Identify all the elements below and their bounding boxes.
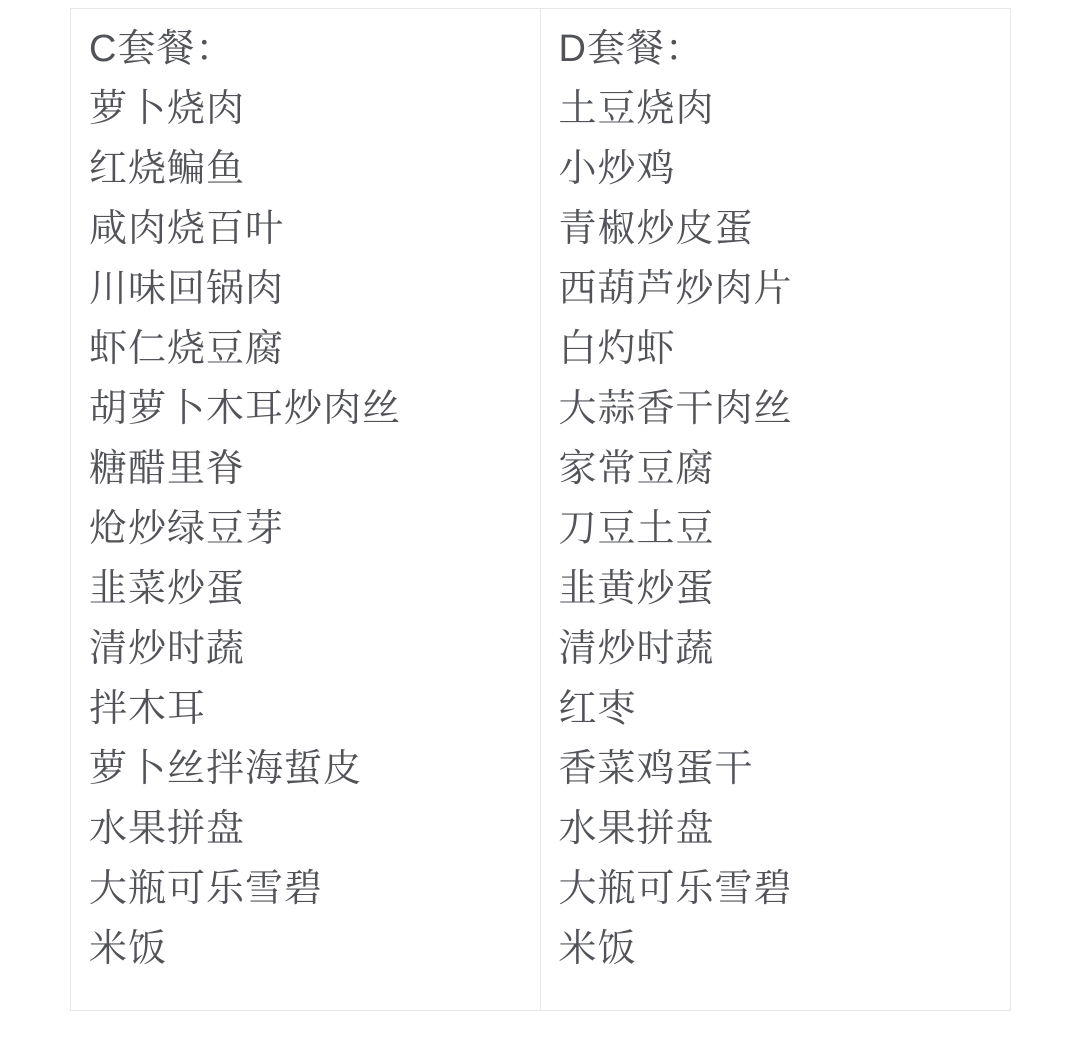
- menu-item: 川味回锅肉: [89, 259, 530, 319]
- menu-title-c: C套餐：: [89, 19, 530, 79]
- menu-item: 咸肉烧百叶: [89, 199, 530, 259]
- menu-item: 糖醋里脊: [89, 439, 530, 499]
- menu-item: 大瓶可乐雪碧: [559, 859, 1001, 919]
- menu-item: 大瓶可乐雪碧: [89, 859, 530, 919]
- menu-item: 水果拼盘: [89, 799, 530, 859]
- menu-item: 大蒜香干肉丝: [559, 379, 1001, 439]
- menu-item: 红枣: [559, 679, 1001, 739]
- menu-item: 韭菜炒蛋: [89, 559, 530, 619]
- menu-item: 萝卜丝拌海蜇皮: [89, 739, 530, 799]
- menu-item: 米饭: [89, 919, 530, 979]
- menu-item: 香菜鸡蛋干: [559, 739, 1001, 799]
- menu-item: 西葫芦炒肉片: [559, 259, 1001, 319]
- menu-item: 炝炒绿豆芽: [89, 499, 530, 559]
- menu-item: 清炒时蔬: [559, 619, 1001, 679]
- menu-column-d: D套餐： 土豆烧肉 小炒鸡 青椒炒皮蛋 西葫芦炒肉片 白灼虾 大蒜香干肉丝 家常…: [541, 9, 1011, 1010]
- menu-item: 韭黄炒蛋: [559, 559, 1001, 619]
- menu-card: C套餐： 萝卜烧肉 红烧鳊鱼 咸肉烧百叶 川味回锅肉 虾仁烧豆腐 胡萝卜木耳炒肉…: [70, 8, 1011, 1011]
- menu-item: 萝卜烧肉: [89, 79, 530, 139]
- menu-item: 小炒鸡: [559, 139, 1001, 199]
- menu-item: 白灼虾: [559, 319, 1001, 379]
- menu-item: 清炒时蔬: [89, 619, 530, 679]
- menu-item: 水果拼盘: [559, 799, 1001, 859]
- menu-item: 青椒炒皮蛋: [559, 199, 1001, 259]
- menu-title-d: D套餐：: [559, 19, 1001, 79]
- menu-column-c: C套餐： 萝卜烧肉 红烧鳊鱼 咸肉烧百叶 川味回锅肉 虾仁烧豆腐 胡萝卜木耳炒肉…: [71, 9, 541, 1010]
- menu-item: 土豆烧肉: [559, 79, 1001, 139]
- menu-item: 刀豆土豆: [559, 499, 1001, 559]
- menu-item: 红烧鳊鱼: [89, 139, 530, 199]
- menu-item: 胡萝卜木耳炒肉丝: [89, 379, 530, 439]
- menu-item: 虾仁烧豆腐: [89, 319, 530, 379]
- menu-item: 拌木耳: [89, 679, 530, 739]
- menu-page: C套餐： 萝卜烧肉 红烧鳊鱼 咸肉烧百叶 川味回锅肉 虾仁烧豆腐 胡萝卜木耳炒肉…: [0, 0, 1080, 1062]
- menu-item: 米饭: [559, 919, 1001, 979]
- menu-item: 家常豆腐: [559, 439, 1001, 499]
